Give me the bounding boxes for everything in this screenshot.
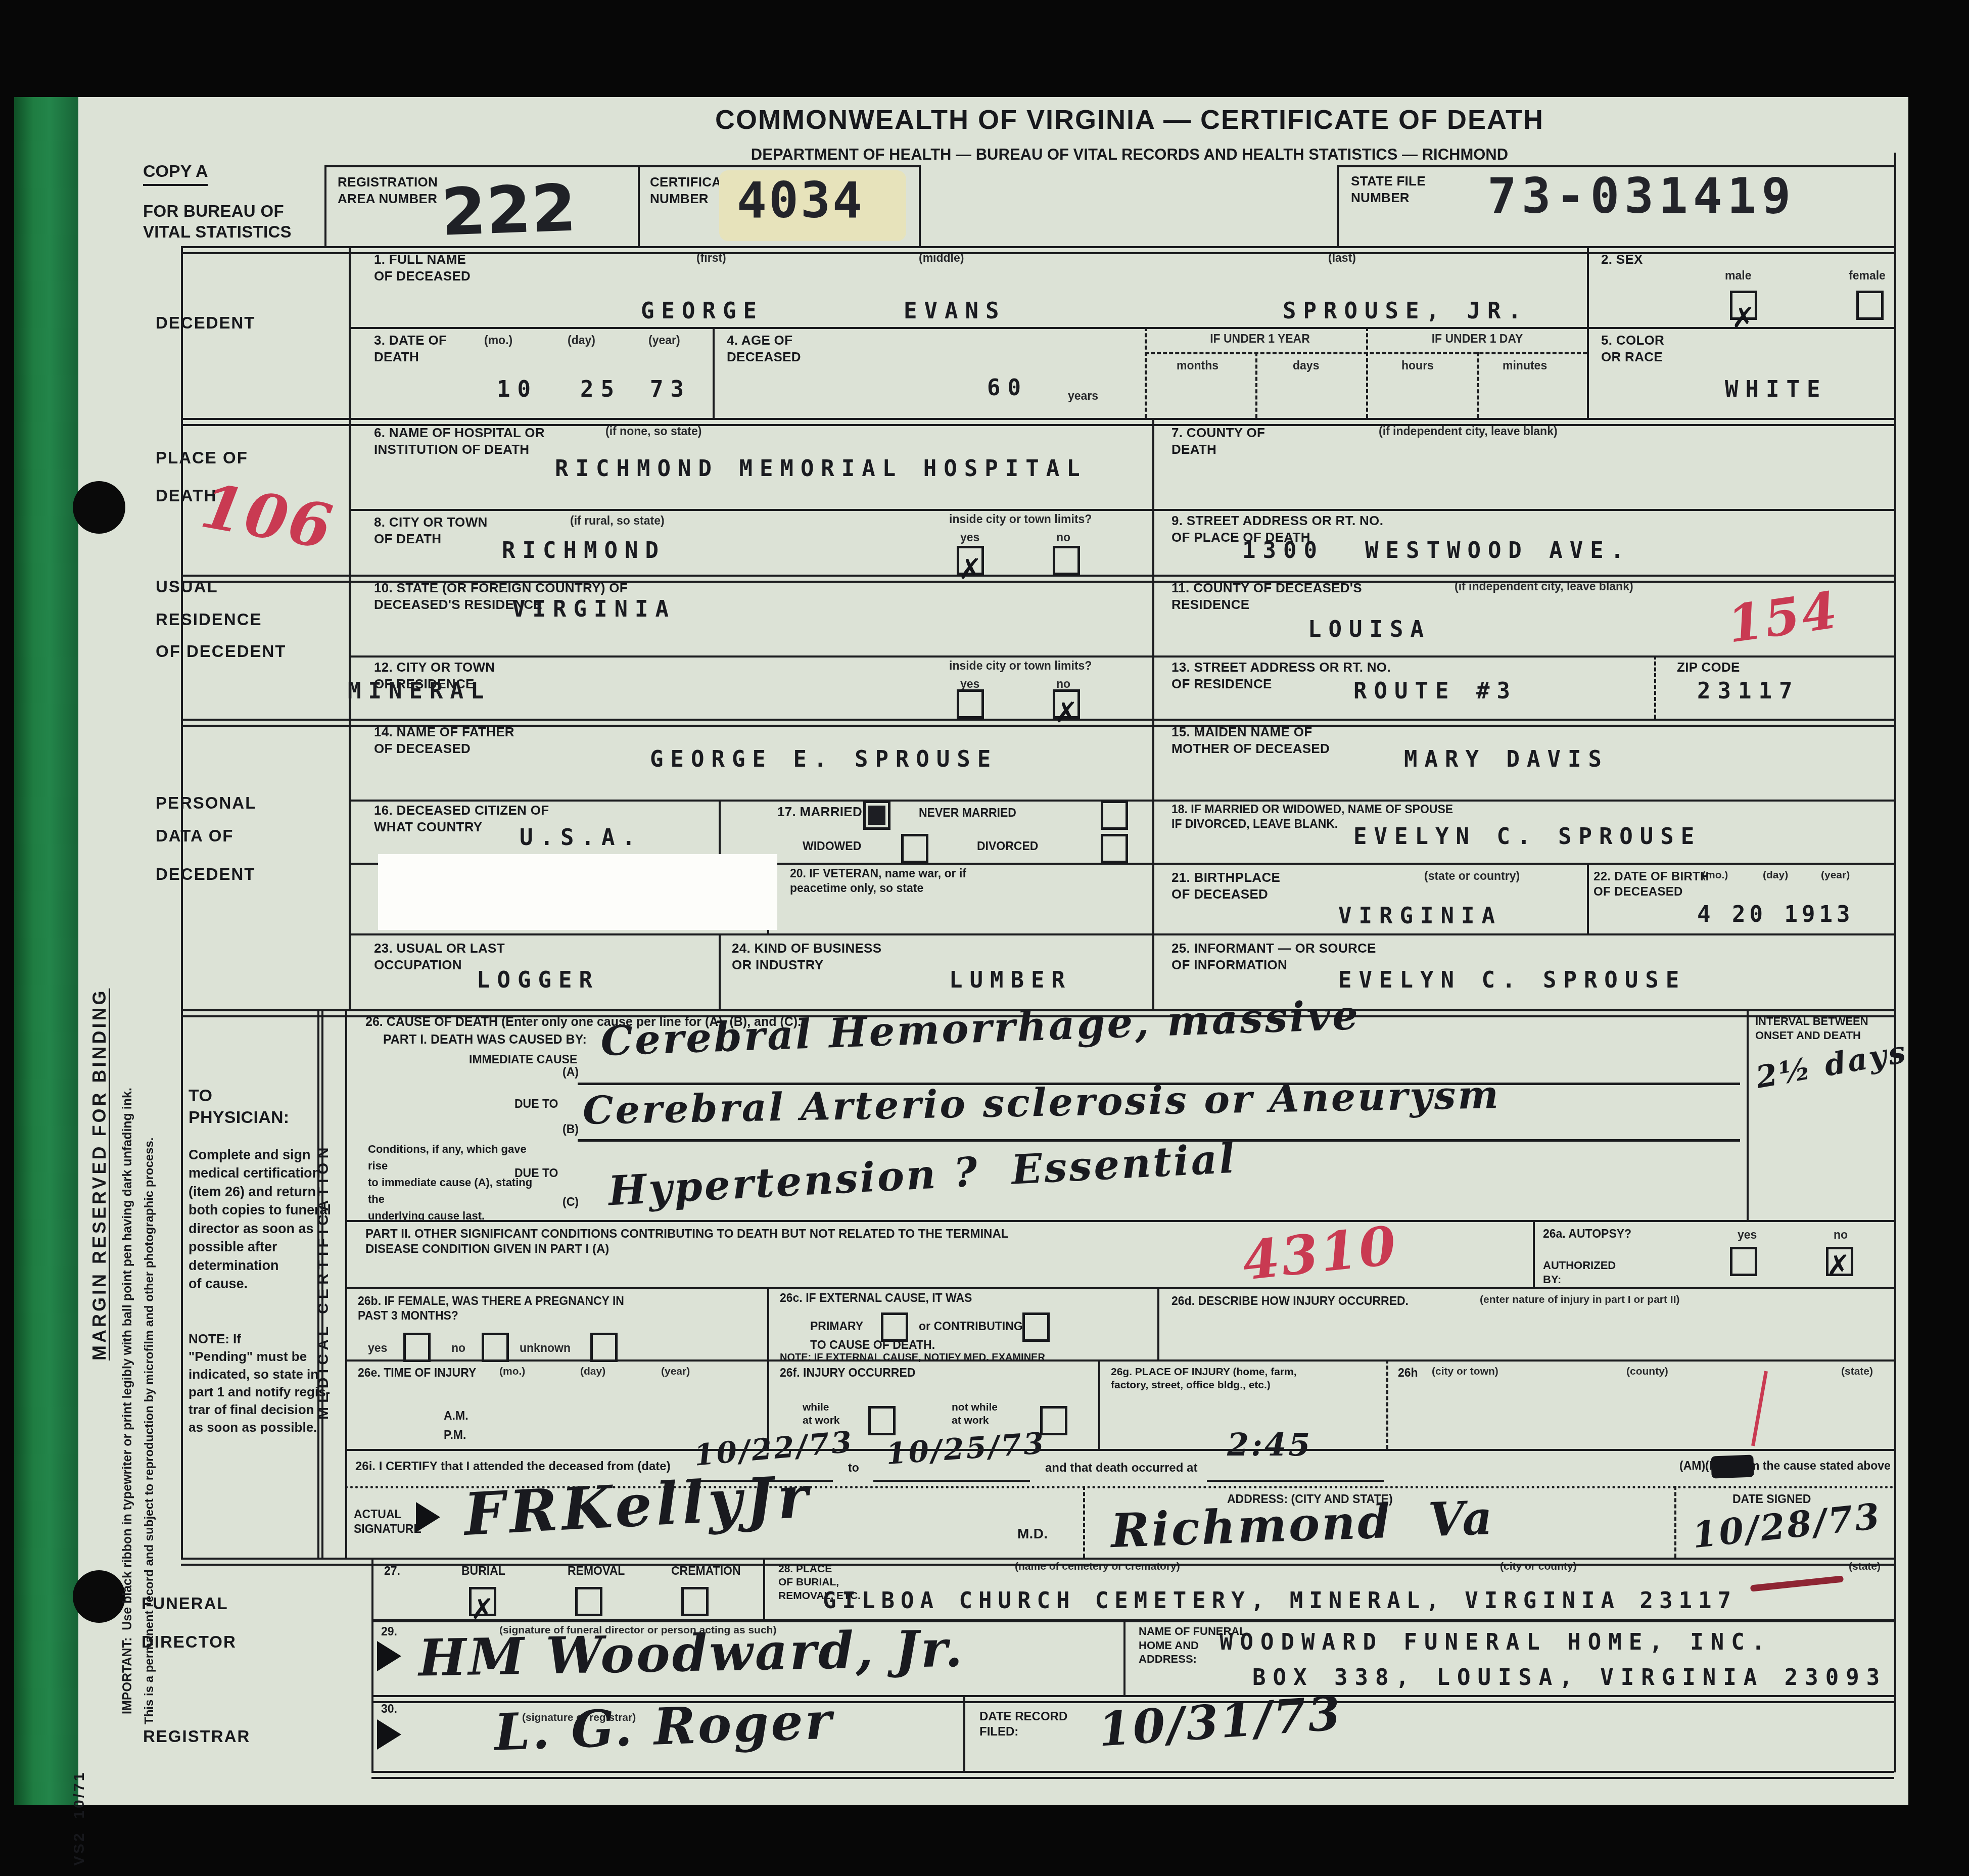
- f26b-yes-label: yes: [368, 1341, 387, 1355]
- field7-label: 7. COUNTY OF DEATH: [1171, 425, 1265, 457]
- registration-area-number: 222: [440, 170, 577, 250]
- cause-c-value: Hypertension ? Essential: [607, 1135, 1237, 1215]
- funeral-home-name: WOODWARD FUNERAL HOME, INC.: [1220, 1629, 1772, 1655]
- autopsy-yes-label: yes: [1738, 1228, 1757, 1242]
- cause-a-tag: (A): [562, 1065, 579, 1080]
- field8-no-label: no: [1056, 531, 1070, 544]
- field22-year-hint: (year): [1821, 869, 1850, 881]
- section-decedent-2: DECEDENT: [156, 865, 256, 884]
- cause-a-value: Cerebral Hemorrhage, massive: [600, 991, 1361, 1065]
- sex-male-checkmark: ✗: [1731, 302, 1755, 335]
- field3-year-hint: (year): [648, 334, 680, 347]
- conditions-note: Conditions, if any, which gave rise to i…: [368, 1141, 540, 1224]
- sex-male-label: male: [1725, 269, 1751, 283]
- form-code: VS2 10/71: [71, 1583, 88, 1866]
- f26e-mo-hint: (mo.): [499, 1366, 525, 1378]
- f26b-yes-checkbox: [403, 1333, 431, 1362]
- father-name-value: GEORGE E. SPROUSE: [650, 746, 998, 772]
- field3-label: 3. DATE OF DEATH: [374, 332, 447, 365]
- mother-name-value: MARY DAVIS: [1404, 746, 1609, 772]
- city-residence-value: MINERAL: [348, 678, 491, 704]
- field26b-label: 26b. IF FEMALE, WAS THERE A PREGNANCY IN…: [358, 1294, 624, 1323]
- f26c-note-label: NOTE: IF EXTERNAL CAUSE, NOTIFY MED. EXA…: [780, 1351, 1045, 1364]
- registration-area-label: REGISTRATION AREA NUMBER: [338, 174, 438, 207]
- field27-num: 27.: [384, 1564, 400, 1578]
- citizen-value: U.S.A.: [520, 825, 642, 851]
- red-slash-26h: [1751, 1371, 1768, 1446]
- field26g-label: 26g. PLACE OF INJURY (home, farm, factor…: [1111, 1366, 1297, 1392]
- under-days-label: days: [1293, 359, 1319, 372]
- zip-value: 23117: [1697, 678, 1799, 704]
- field14-label: 14. NAME OF FATHER OF DECEASED: [374, 724, 514, 757]
- county-residence-value: LOUISA: [1308, 617, 1431, 642]
- field26d-hint: (enter nature of injury in part I or par…: [1480, 1294, 1680, 1306]
- zip-label: ZIP CODE: [1677, 659, 1740, 676]
- certificate-number: 4034: [737, 172, 864, 229]
- field12-yes-checkbox: [957, 689, 984, 719]
- field26d-label: 26d. DESCRIBE HOW INJURY OCCURRED.: [1171, 1294, 1409, 1308]
- certify-to-label: to: [848, 1461, 859, 1475]
- f26f-notwhile-label: not while at work: [952, 1401, 998, 1428]
- spouse-name-value: EVELYN C. SPROUSE: [1353, 824, 1701, 850]
- f28-state-hint: (state): [1849, 1561, 1881, 1573]
- birthplace-value: VIRGINIA: [1338, 903, 1502, 929]
- field6-hint: (if none, so state): [605, 425, 701, 438]
- date-signed-value: 10/28/73: [1691, 1495, 1884, 1557]
- registrar-arrow-icon: [377, 1719, 401, 1750]
- physician-address: Richmond Va: [1110, 1490, 1495, 1558]
- f26b-unknown-checkbox: [590, 1333, 618, 1362]
- f26h-city-hint: (city or town): [1432, 1366, 1498, 1378]
- date-filed-label: DATE RECORD FILED:: [979, 1709, 1067, 1740]
- field26h-num: 26h: [1398, 1366, 1418, 1380]
- burial-label: BURIAL: [461, 1564, 505, 1578]
- field8-yes-label: yes: [960, 531, 979, 544]
- widowed-checkbox: [901, 834, 928, 863]
- state-residence-value: VIRGINIA: [512, 596, 676, 622]
- red-annotation-4310: 4310: [1239, 1213, 1401, 1292]
- red-underline-state: [1750, 1575, 1844, 1591]
- section-place-of: PLACE OF: [156, 448, 248, 467]
- section-personal: PERSONAL: [156, 793, 256, 813]
- copy-label: COPY A: [143, 162, 208, 186]
- f26e-pm-label: P.M.: [444, 1428, 466, 1442]
- decedent-middle-name: EVANS: [904, 298, 1006, 324]
- field29-num: 29.: [381, 1624, 397, 1639]
- f28-city-hint: (city or county): [1500, 1561, 1577, 1573]
- section-funeral: FUNERAL: [142, 1594, 228, 1613]
- autopsy-yes-checkbox: [1730, 1247, 1757, 1276]
- f26b-unknown-label: unknown: [520, 1341, 571, 1355]
- autopsy-label: 26a. AUTOPSY?: [1543, 1227, 1631, 1241]
- f26b-no-label: no: [451, 1341, 465, 1355]
- married-checkbox: [863, 801, 890, 830]
- autopsy-no-label: no: [1834, 1228, 1848, 1242]
- field1-label: 1. FULL NAME OF DECEASED: [374, 251, 471, 284]
- funeral-director-signature: HM Woodward, Jr.: [418, 1619, 965, 1688]
- immediate-cause-label: IMMEDIATE CAUSE: [469, 1052, 577, 1067]
- state-file-label: STATE FILE NUMBER: [1351, 173, 1426, 206]
- birth-date-value: 4 20 1913: [1697, 902, 1854, 927]
- street-of-death-value: 1300 WESTWOOD AVE.: [1242, 538, 1631, 564]
- field5-label: 5. COLOR OR RACE: [1601, 332, 1664, 365]
- street-residence-value: ROUTE #3: [1353, 678, 1517, 704]
- under-months-label: months: [1177, 359, 1218, 372]
- due-to-c-label: DUE TO: [514, 1166, 558, 1181]
- scanned-death-certificate: { "header": { "title": "COMMONWEALTH OF …: [0, 0, 1969, 1876]
- autopsy-no-checkmark: ✗: [1826, 1249, 1850, 1282]
- to-physician-label: TO PHYSICIAN:: [189, 1085, 289, 1128]
- cause-c-tag: (C): [562, 1195, 579, 1209]
- physician-signature: FRKellyJr: [462, 1463, 814, 1549]
- section-of-decedent: OF DECEDENT: [156, 642, 287, 661]
- informant-value: EVELYN C. SPROUSE: [1338, 967, 1686, 993]
- f26e-day-hint: (day): [580, 1366, 605, 1378]
- part1-label: PART I. DEATH WAS CAUSED BY:: [383, 1032, 587, 1048]
- copy-for-label: FOR BUREAU OF VITAL STATISTICS: [143, 201, 292, 243]
- red-annotation-106: 106: [196, 470, 339, 563]
- section-residence: RESIDENCE: [156, 610, 262, 629]
- field1-last-hint: (last): [1328, 251, 1356, 265]
- never-married-label: NEVER MARRIED: [919, 806, 1016, 820]
- decedent-first-name: GEORGE: [641, 298, 764, 324]
- f26h-county-hint: (county): [1626, 1366, 1668, 1378]
- death-month: 10: [497, 377, 538, 402]
- f26c-primary-label: PRIMARY: [810, 1319, 863, 1334]
- margin-important-note: IMPORTANT: Use black ribbon in typewrite…: [120, 319, 135, 1714]
- field3-mo-hint: (mo.): [484, 334, 512, 347]
- business-value: LUMBER: [949, 967, 1072, 993]
- funeral-director-arrow-icon: [377, 1641, 401, 1671]
- actual-signature-label: ACTUAL SIGNATURE: [354, 1507, 421, 1536]
- section-data-of: DATA OF: [156, 826, 234, 846]
- field8-hint: (if rural, so state): [570, 514, 665, 528]
- decedent-last-name: SPROUSE, JR.: [1283, 298, 1528, 324]
- under-day-label: IF UNDER 1 DAY: [1371, 332, 1583, 346]
- field8-limits-label: inside city or town limits?: [949, 512, 1092, 526]
- f26e-year-hint: (year): [661, 1366, 690, 1378]
- due-to-b-label: DUE TO: [514, 1097, 558, 1111]
- field2-label: 2. SEX: [1601, 251, 1643, 268]
- cremation-label: CREMATION: [671, 1564, 741, 1578]
- margin-binding-label: MARGIN RESERVED FOR BINDING: [89, 552, 110, 1361]
- binding-strip: [14, 97, 78, 1805]
- interval-label: INTERVAL BETWEEN ONSET AND DEATH: [1755, 1014, 1868, 1042]
- f26c-contributing-label: or CONTRIBUTING: [919, 1319, 1023, 1334]
- city-of-death-value: RICHMOND: [502, 538, 666, 564]
- medical-certification-label: M E D I C A L C E R T I F I C A T I O N: [315, 1009, 344, 1558]
- field24-label: 24. KIND OF BUSINESS OR INDUSTRY: [732, 940, 881, 973]
- under-year-label: IF UNDER 1 YEAR: [1154, 332, 1366, 346]
- field7-hint: (if independent city, leave blank): [1379, 425, 1558, 438]
- divorced-checkbox: [1101, 834, 1128, 863]
- md-label: M.D.: [1017, 1525, 1048, 1542]
- f26h-state-hint: (state): [1841, 1366, 1873, 1378]
- under-minutes-label: minutes: [1503, 359, 1547, 372]
- f26f-while-checkbox: [868, 1406, 896, 1435]
- authorized-by-label: AUTHORIZED BY:: [1543, 1258, 1616, 1286]
- field3-day-hint: (day): [568, 334, 595, 347]
- field22-label: 22. DATE OF BIRTH OF DECEASED: [1593, 869, 1709, 900]
- sex-female-checkbox: [1856, 291, 1884, 320]
- certificate-paper: MARGIN RESERVED FOR BINDING IMPORTANT: U…: [14, 97, 1908, 1805]
- age-value: 60: [987, 375, 1028, 401]
- field8-no-checkbox: [1053, 546, 1080, 575]
- field1-first-hint: (first): [696, 251, 726, 265]
- field12-no-checkmark: ✗: [1054, 696, 1078, 729]
- attended-to-date: 10/25/73: [885, 1426, 1047, 1471]
- redaction-box-item19: [378, 854, 777, 930]
- under-hours-label: hours: [1401, 359, 1434, 372]
- f26b-no-checkbox: [482, 1333, 509, 1362]
- red-annotation-154: 154: [1724, 580, 1843, 654]
- signature-arrow-icon: [416, 1502, 440, 1532]
- field22-mo-hint: (mo.): [1702, 869, 1728, 881]
- death-year: 73: [650, 377, 691, 402]
- place-of-burial-value: GILBOA CHURCH CEMETERY, MINERAL, VIRGINI…: [823, 1588, 1737, 1614]
- field4-label: 4. AGE OF DECEASED: [727, 332, 801, 365]
- certificate-title: COMMONWEALTH OF VIRGINIA — CERTIFICATE O…: [548, 104, 1711, 135]
- divorced-label: DIVORCED: [977, 839, 1038, 854]
- f26f-while-label: while at work: [803, 1401, 840, 1428]
- section-registrar: REGISTRAR: [143, 1727, 250, 1746]
- age-years-label: years: [1068, 389, 1098, 403]
- interval-value: 2½ days: [1753, 1034, 1910, 1095]
- occupation-value: LOGGER: [477, 967, 599, 993]
- cremation-checkbox: [681, 1587, 709, 1616]
- registrar-signature: L. G. Roger: [493, 1691, 834, 1762]
- field15-label: 15. MAIDEN NAME OF MOTHER OF DECEASED: [1171, 724, 1330, 757]
- field12-yes-label: yes: [960, 677, 979, 691]
- margin-permanent-note: This is a permanent record and subject t…: [143, 360, 157, 1724]
- part2-label: PART II. OTHER SIGNIFICANT CONDITIONS CO…: [365, 1227, 1008, 1257]
- f26e-am-label: A.M.: [444, 1409, 468, 1423]
- death-day: 25: [580, 377, 621, 402]
- field1-middle-hint: (middle): [919, 251, 964, 265]
- field26e-label: 26e. TIME OF INJURY: [358, 1366, 476, 1380]
- field20-label: 20. IF VETERAN, name war, or if peacetim…: [790, 866, 966, 896]
- field21-label: 21. BIRTHPLACE OF DECEASED: [1171, 869, 1280, 902]
- cause-b-value: Cerebral Arterio sclerosis or Aneurysm: [582, 1072, 1501, 1133]
- section-decedent: DECEDENT: [156, 313, 256, 333]
- field11-hint: (if independent city, leave blank): [1455, 580, 1633, 593]
- color-race-value: WHITE: [1725, 377, 1827, 402]
- f28-cemetery-hint: (name of cemetery or crematory): [1015, 1561, 1180, 1573]
- removal-checkbox: [575, 1587, 602, 1616]
- married-label: 17. MARRIED: [777, 804, 862, 820]
- field12-limits-label: inside city or town limits?: [949, 659, 1092, 673]
- f26c-tocause-label: TO CAUSE OF DEATH.: [810, 1338, 935, 1352]
- field21-hint: (state or country): [1424, 869, 1520, 883]
- field6-label: 6. NAME OF HOSPITAL OR INSTITUTION OF DE…: [374, 425, 545, 457]
- cause-b-tag: (B): [562, 1122, 579, 1137]
- field26f-label: 26f. INJURY OCCURRED: [780, 1366, 915, 1380]
- funeral-home-address: BOX 338, LOUISA, VIRGINIA 23093: [1252, 1665, 1887, 1691]
- section-usual: USUAL: [156, 577, 218, 596]
- field26c-label: 26c. IF EXTERNAL CAUSE, IT WAS: [780, 1291, 972, 1305]
- section-director: DIRECTOR: [142, 1632, 237, 1652]
- pm-blackout-mark: [1711, 1455, 1754, 1479]
- field30-num: 30.: [381, 1702, 397, 1716]
- field11-label: 11. COUNTY OF DECEASED'S RESIDENCE: [1171, 580, 1362, 613]
- sex-female-label: female: [1849, 269, 1886, 283]
- certificate-subtitle: DEPARTMENT OF HEALTH — BUREAU OF VITAL R…: [523, 146, 1736, 164]
- field8-label: 8. CITY OR TOWN OF DEATH: [374, 514, 488, 547]
- state-file-number: 73-031419: [1487, 168, 1796, 224]
- field8-yes-checkmark: ✗: [958, 553, 982, 586]
- punch-hole-top: [73, 481, 125, 534]
- death-time-value: 2:45: [1227, 1426, 1312, 1463]
- removal-label: REMOVAL: [568, 1564, 625, 1578]
- widowed-label: WIDOWED: [803, 839, 861, 854]
- f26c-contributing-checkbox: [1022, 1312, 1050, 1342]
- never-married-checkbox: [1101, 801, 1128, 830]
- field22-day-hint: (day): [1763, 869, 1788, 881]
- death-occurred-label: and that death occurred at: [1045, 1461, 1197, 1476]
- field12-no-label: no: [1056, 677, 1070, 691]
- hospital-value: RICHMOND MEMORIAL HOSPITAL: [555, 456, 1087, 482]
